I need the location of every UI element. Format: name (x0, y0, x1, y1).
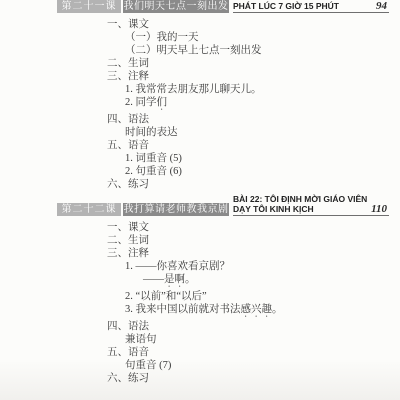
toc-item: 句重音 (7) (125, 359, 400, 372)
toc-item-text: 三、注释 (107, 71, 149, 82)
lesson-header: 第二十一课 我们明天七点一刻出发 PHÁT LÚC 7 GIỜ 15 PHÚT … (57, 0, 400, 13)
toc-item: 二、生词 (107, 57, 400, 70)
toc-item-text: 句重音 (7) (125, 360, 171, 371)
lesson-header: 第二十二课 我打算请老师教我京剧 BÀI 22: TÔI ĐỊNH MỜI GI… (57, 194, 400, 216)
toc-item-text: 四、语法 (107, 114, 149, 125)
toc-page: 第二十一课 我们明天七点一刻出发 PHÁT LÚC 7 GIỜ 15 PHÚT … (0, 0, 400, 400)
vn-caption-line2-row: DẠY TÔI KINH KỊCH 110 (233, 204, 389, 214)
toc-item-text: 1. 我常常去朋友那儿聊天儿。 (125, 84, 262, 95)
toc-item: （二）明天早上七点一刻出发 (125, 44, 400, 57)
lesson-section: 第二十二课 我打算请老师教我京剧 BÀI 22: TÔI ĐỊNH MỜI GI… (0, 194, 400, 385)
vn-caption-line2: PHÁT LÚC 7 GIỜ 15 PHÚT (233, 1, 339, 11)
lesson-number-box: 第二十二课 (57, 203, 121, 216)
toc-item-text: 五、语音 (107, 347, 149, 358)
toc-item: 时间的表达 (125, 126, 400, 139)
toc-item: 2. 同学们 (125, 96, 400, 113)
vn-caption-line1: BÀI 22: TÔI ĐỊNH MỜI GIÁO VIÊN (233, 194, 389, 204)
toc-item: （一）我的一天 (125, 31, 400, 44)
toc-item-text: 二、生词 (107, 235, 149, 246)
toc-item: 一、课文 (107, 221, 400, 234)
toc-item: 1. ——你喜欢看京剧？ (125, 260, 400, 273)
toc-item: 1. 词重音 (5) (125, 152, 400, 165)
page-number: 94 (376, 1, 389, 11)
toc-item-text: 五、语音 (107, 140, 149, 151)
toc-item-text-tail: 。 (272, 304, 283, 315)
toc-item-text: 1. ——你喜欢看京剧？ (125, 261, 230, 272)
toc-item: 一、课文 (107, 18, 400, 31)
lesson-title-box: 我们明天七点一刻出发 (123, 0, 229, 13)
toc-item-text: 时间的表达 (125, 127, 178, 138)
toc-item-text: 二、生词 (107, 58, 149, 69)
toc-item-text: 四、语法 (107, 321, 149, 332)
toc-item: 六、练习 (107, 372, 400, 385)
toc-list: 一、课文二、生词三、注释1. ——你喜欢看京剧？——是啊。2. “以前”和“以后… (107, 221, 400, 385)
toc-item: 四、语法 (107, 113, 400, 126)
emphasized-text: 感兴趣 (241, 304, 273, 315)
toc-item: 六、练习 (107, 178, 400, 191)
toc-item-text: 六、练习 (107, 373, 149, 384)
toc-item: 五、语音 (107, 346, 400, 359)
page-number: 110 (371, 204, 389, 214)
toc-item: 3. 我来中国以前就对书法感兴趣。 (125, 303, 400, 320)
toc-item: 三、注释 (107, 70, 400, 83)
toc-item-text: 一、课文 (107, 222, 149, 233)
vietnamese-caption: PHÁT LÚC 7 GIỜ 15 PHÚT 94 (233, 1, 389, 13)
toc-item-text: 六、练习 (107, 179, 149, 190)
toc-item: 三、注释 (107, 247, 400, 260)
toc-item: 2. “以前”和“以后” (125, 290, 400, 303)
toc-item-text-tail: 。 (185, 274, 196, 285)
toc-item-text: 2. 句重音 (6) (125, 166, 182, 177)
lesson-title-box: 我打算请老师教我京剧 (123, 203, 229, 216)
toc-item-text: 2. “以前”和“以后” (125, 291, 207, 302)
toc-item: 五、语音 (107, 139, 400, 152)
vn-caption-line2-row: PHÁT LÚC 7 GIỜ 15 PHÚT 94 (233, 1, 389, 11)
toc-item-text: 3. 我来中国以前就对书法 (125, 304, 241, 315)
toc-item-text: 一、课文 (107, 19, 149, 30)
lesson-section: 第二十一课 我们明天七点一刻出发 PHÁT LÚC 7 GIỜ 15 PHÚT … (0, 0, 400, 191)
toc-item: 二、生词 (107, 234, 400, 247)
emphasized-text: 们 (157, 97, 168, 108)
toc-item-text: 1. 词重音 (5) (125, 153, 182, 164)
lesson-header-boxes: 第二十二课 我打算请老师教我京剧 (57, 203, 229, 216)
toc-item-text: 兼语句 (125, 334, 157, 345)
toc-item: 1. 我常常去朋友那儿聊天儿。 (125, 83, 400, 96)
toc-item-text: 2. 同学 (125, 97, 157, 108)
toc-item-text: （二）明天早上七点一刻出发 (125, 45, 262, 56)
lesson-header-boxes: 第二十一课 我们明天七点一刻出发 (57, 0, 229, 13)
toc-item-text: —— (143, 274, 164, 285)
toc-item: 2. 句重音 (6) (125, 165, 400, 178)
lesson-number-box: 第二十一课 (57, 0, 121, 13)
toc-item: 四、语法 (107, 320, 400, 333)
vietnamese-caption: BÀI 22: TÔI ĐỊNH MỜI GIÁO VIÊN DẠY TÔI K… (233, 194, 389, 216)
toc-item: 兼语句 (125, 333, 400, 346)
emphasized-text: 是啊 (164, 274, 185, 285)
vn-caption-line2: DẠY TÔI KINH KỊCH (233, 204, 314, 214)
toc-list: 一、课文（一）我的一天（二）明天早上七点一刻出发二、生词三、注释1. 我常常去朋… (107, 18, 400, 191)
toc-item: ——是啊。 (143, 273, 400, 290)
toc-item-text: （一）我的一天 (125, 32, 199, 43)
toc-item-text: 三、注释 (107, 248, 149, 259)
